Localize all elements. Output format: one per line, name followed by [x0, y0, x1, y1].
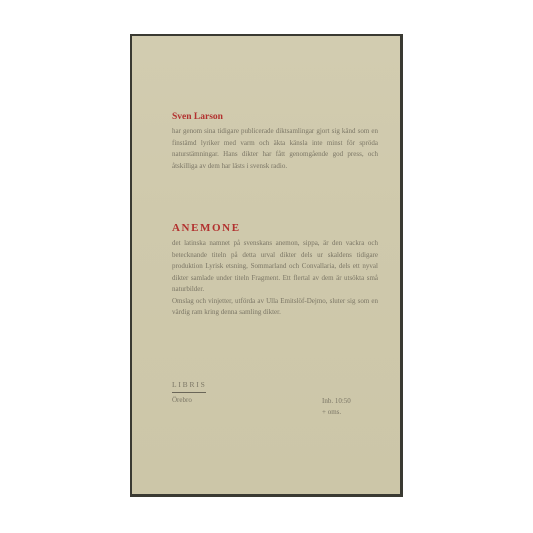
book-description: det latinska namnet på svenskans anemon,… [172, 238, 378, 319]
description-paragraph: det latinska namnet på svenskans anemon,… [172, 238, 378, 296]
description-paragraph: Omslag och vinjetter, utförda av Ulla Em… [172, 296, 378, 319]
book-back-cover: Sven Larson har genom sina tidigare publ… [130, 34, 403, 497]
price: Inb. 10:50 + oms. [322, 396, 351, 418]
author-name: Sven Larson [172, 112, 223, 122]
price-line: Inb. 10:50 [322, 396, 351, 407]
price-tax-line: + oms. [322, 407, 351, 418]
publisher-city: Örebro [172, 396, 192, 404]
book-title: ANEMONE [172, 222, 241, 234]
author-bio: har genom sina tidigare publicerade dikt… [172, 126, 378, 172]
publisher-name: LIBRIS [172, 380, 206, 393]
